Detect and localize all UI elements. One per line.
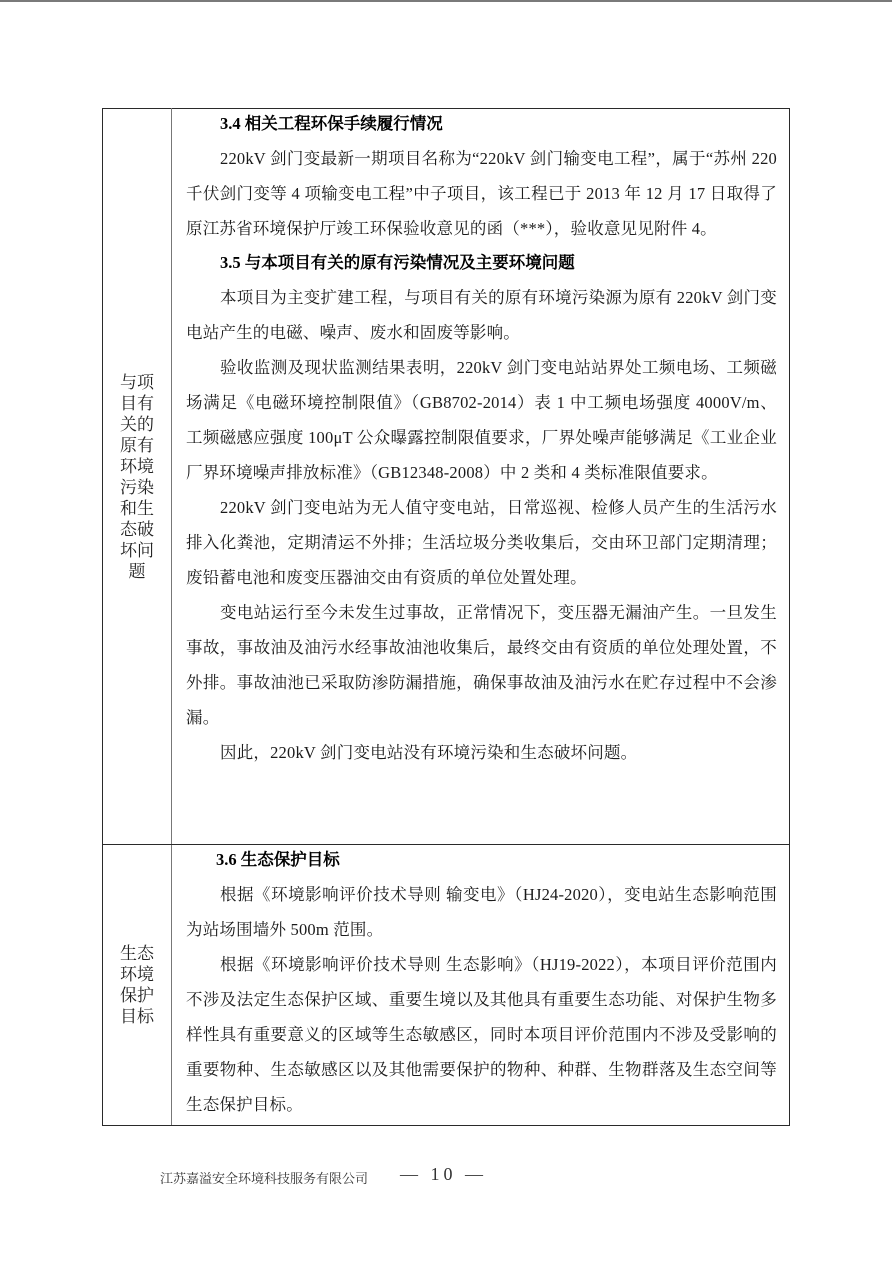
footer-company-name: 江苏嘉溢安全环境科技服务有限公司	[160, 1168, 368, 1187]
row-label-cell: 生态环境保护目标	[103, 845, 172, 1126]
table-row-existing-pollution: 与项目有关的原有环境污染和生态破坏问题 3.4 相关工程环保手续履行情况 220…	[103, 109, 790, 845]
paragraph-3-5-1: 本项目为主变扩建工程，与项目有关的原有环境污染源为原有 220kV 剑门变电站产…	[186, 280, 777, 350]
heading-3-5: 3.5 与本项目有关的原有污染情况及主要环境问题	[186, 246, 777, 280]
page-footer: 江苏嘉溢安全环境科技服务有限公司 — 10 —	[160, 1164, 560, 1192]
paragraph-3-6-2: 根据《环境影响评价技术导则 生态影响》（HJ19-2022），本项目评价范围内不…	[186, 947, 777, 1122]
heading-3-4: 3.4 相关工程环保手续履行情况	[186, 107, 777, 141]
top-border-line	[0, 0, 892, 2]
paragraph-3-4-1: 220kV 剑门变最新一期项目名称为“220kV 剑门输变电工程”，属于“苏州 …	[186, 141, 777, 246]
row-label-existing-pollution: 与项目有关的原有环境污染和生态破坏问题	[118, 372, 156, 582]
row-label-cell: 与项目有关的原有环境污染和生态破坏问题	[103, 109, 172, 845]
content-table: 与项目有关的原有环境污染和生态破坏问题 3.4 相关工程环保手续履行情况 220…	[102, 108, 790, 1126]
row-content-cell: 3.4 相关工程环保手续履行情况 220kV 剑门变最新一期项目名称为“220k…	[172, 109, 790, 845]
paragraph-3-5-4: 变电站运行至今未发生过事故，正常情况下，变压器无漏油产生。一旦发生事故，事故油及…	[186, 595, 777, 735]
heading-3-6: 3.6 生态保护目标	[186, 843, 777, 877]
page-number: — 10 —	[400, 1164, 487, 1185]
row-content-cell: 3.6 生态保护目标 根据《环境影响评价技术导则 输变电》（HJ24-2020）…	[172, 845, 790, 1126]
paragraph-3-5-2: 验收监测及现状监测结果表明，220kV 剑门变电站站界处工频电场、工频磁场满足《…	[186, 350, 777, 490]
row-label-eco-protection: 生态环境保护目标	[118, 943, 156, 1027]
paragraph-3-5-3: 220kV 剑门变电站为无人值守变电站，日常巡视、检修人员产生的生活污水排入化粪…	[186, 490, 777, 595]
paragraph-3-5-5: 因此，220kV 剑门变电站没有环境污染和生态破坏问题。	[186, 735, 777, 770]
table-row-eco-protection: 生态环境保护目标 3.6 生态保护目标 根据《环境影响评价技术导则 输变电》（H…	[103, 845, 790, 1126]
paragraph-3-6-1: 根据《环境影响评价技术导则 输变电》（HJ24-2020），变电站生态影响范围为…	[186, 877, 777, 947]
